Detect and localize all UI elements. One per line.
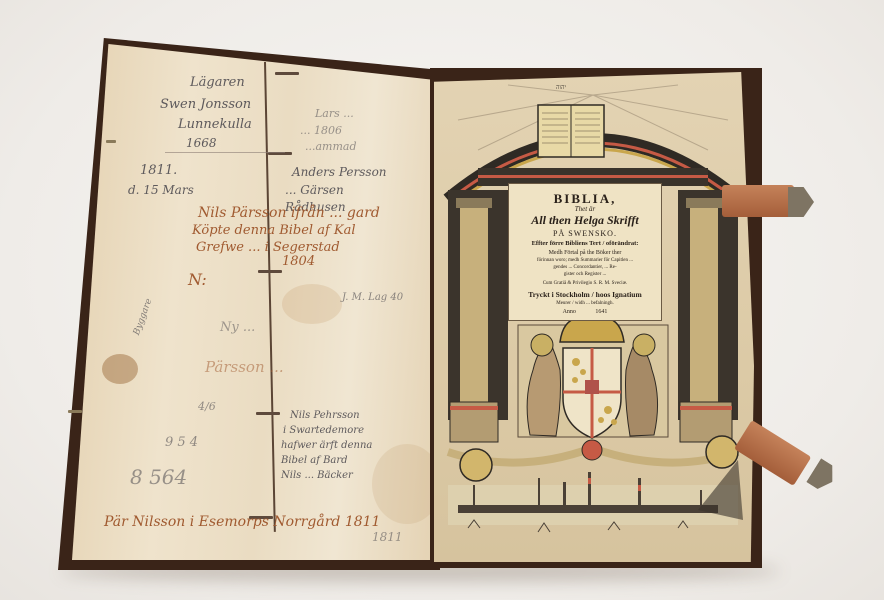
inscription: d. 15 Mars xyxy=(128,183,194,197)
stitch xyxy=(258,270,282,273)
subtitle: Thet är xyxy=(509,206,661,213)
inscription: Ny ... xyxy=(220,320,255,335)
inscription: Lars ... xyxy=(315,107,354,120)
inscription: J. M. Lag 40 xyxy=(342,292,403,303)
inscription: ... 1806 xyxy=(300,124,342,137)
inscription: ... Gärsen xyxy=(285,183,344,197)
printer: Meurer / widh ... befalningh. xyxy=(509,301,661,306)
inscription: 1668 xyxy=(186,136,217,150)
inscription: Swen Jonsson xyxy=(160,97,251,112)
inscription: Nils Pehrsson xyxy=(290,410,360,421)
inscription: Lunnekulla xyxy=(178,117,252,132)
inscription: 8 564 xyxy=(130,465,187,489)
stain xyxy=(102,354,138,384)
subtitle: All then Helga Skrifft xyxy=(509,214,661,226)
body-text: gister och Register ... xyxy=(509,272,661,277)
body-text: förinnan woro; medh Summarier för Capitl… xyxy=(509,258,661,263)
tetragrammaton: יהוה xyxy=(556,85,566,91)
body-text: gendes ... Concordantier, ... Re- xyxy=(509,265,661,270)
inscription-brown: Nils Pärsson ifrån ... gard xyxy=(198,205,380,221)
stitch xyxy=(256,412,280,415)
upper-clasp-strap xyxy=(722,185,794,217)
inscription: Bibel af Bard xyxy=(281,455,348,466)
clasp-pin xyxy=(106,140,116,143)
inscription: Nils ... Bäcker xyxy=(281,470,353,481)
body-text: Effter förre Bibliens Tert / oförändrat: xyxy=(509,241,661,248)
inscription-brown: Grefwe ... i Segerstad xyxy=(196,240,340,255)
title: BIBLIA, xyxy=(509,192,661,205)
year: 1641 xyxy=(595,309,607,315)
inscription-brown: 1804 xyxy=(282,254,315,269)
body-text: Medh Förtal på the Böker ther xyxy=(509,250,661,256)
inscription: i Swartedemore xyxy=(283,425,364,436)
inscription-brown: Pär Nilsson i Esemorps Norrgård 1811 xyxy=(104,514,380,530)
title-cartouche: BIBLIA, Thet är All then Helga Skrifft P… xyxy=(508,183,662,321)
inscription: 1811 xyxy=(372,530,403,544)
inscription-brown: Pärsson ... xyxy=(205,358,284,376)
privilege: Cum Gratiâ & Privilegio S. R. M. Sveciæ. xyxy=(509,281,661,286)
inscription: 1811. xyxy=(140,163,177,178)
inscription: Anders Persson xyxy=(292,165,387,179)
stitch xyxy=(275,72,299,75)
inscription: ...ammad xyxy=(305,140,357,153)
inscription-brown: N: xyxy=(188,270,207,289)
printer: Tryckt i Stockholm / hoos Ignatium xyxy=(509,291,661,299)
clasp-pin xyxy=(68,410,82,413)
subtitle: PÅ SWENSKO. xyxy=(509,230,661,238)
imprint-year: Anno 1641 xyxy=(509,309,661,315)
inscription: Lägaren xyxy=(190,75,245,90)
rule-line xyxy=(165,152,285,153)
inscription: 4/6 xyxy=(198,400,216,413)
inscription-brown: Köpte denna Bibel af Kal xyxy=(192,223,356,238)
inscription: 9 5 4 xyxy=(165,435,198,450)
inscription: hafwer ärft denna xyxy=(281,440,372,451)
year-label: Anno xyxy=(563,309,576,315)
stain xyxy=(282,284,342,324)
